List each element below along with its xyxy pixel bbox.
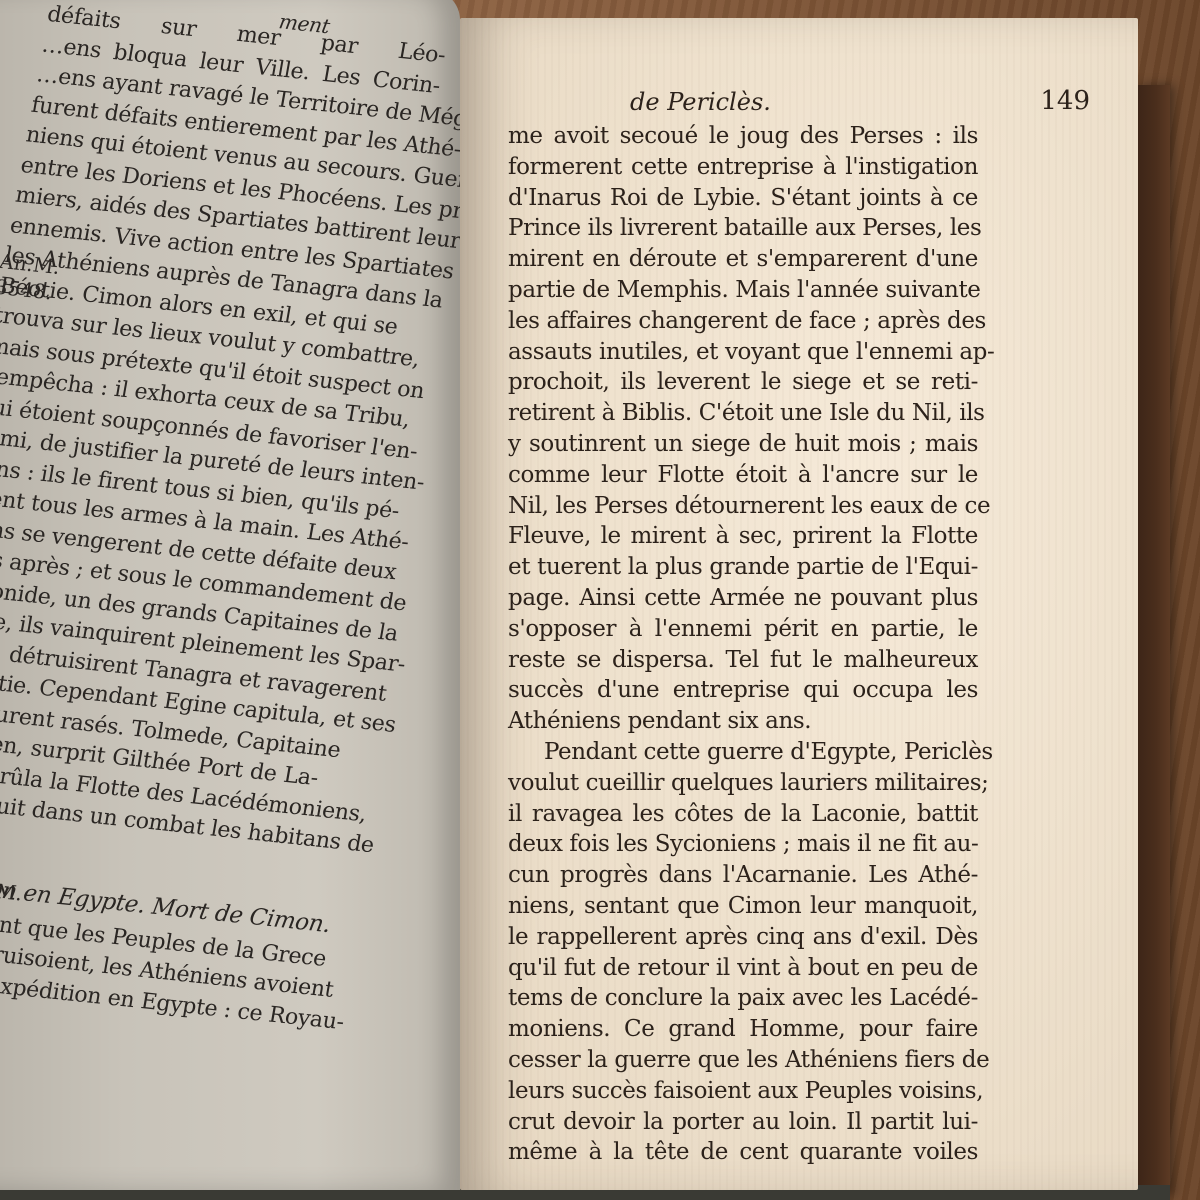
text-line: comme leur Flotte étoit à l'ancre sur le bbox=[508, 460, 978, 491]
text-line: cun progrès dans l'Acarnanie. Les Athé- bbox=[508, 860, 978, 891]
text-line: partie de Memphis. Mais l'année suivante bbox=[508, 275, 978, 306]
text-line: moniens. Ce grand Homme, pour faire bbox=[508, 1014, 978, 1045]
text-line: assauts inutiles, et voyant que l'ennemi… bbox=[508, 337, 978, 368]
text-line: y soutinrent un siege de huit mois ; mai… bbox=[508, 429, 978, 460]
book-cover-edge bbox=[1135, 85, 1170, 1195]
text-line: cesser la guerre que les Athéniens fiers… bbox=[508, 1045, 978, 1076]
page-number: 149 bbox=[1040, 86, 1090, 116]
text-line: succès d'une entreprise qui occupa les bbox=[508, 675, 978, 706]
left-page: An.M. 3548. M. ment défaits sur mer par … bbox=[0, 0, 460, 1190]
book-photo: An.M. 3548. M. ment défaits sur mer par … bbox=[0, 0, 1200, 1200]
text-line: même à la tête de cent quarante voiles bbox=[508, 1137, 978, 1168]
text-line: tems de conclure la paix avec les Lacédé… bbox=[508, 983, 978, 1014]
text-line: Athéniens pendant six ans. bbox=[508, 706, 978, 737]
text-line: Prince ils livrerent bataille aux Perses… bbox=[508, 213, 978, 244]
left-page-text: ment défaits sur mer par Léo- …ens bloqu… bbox=[0, 0, 448, 1031]
text-line: il ravagea les côtes de la Laconie, batt… bbox=[508, 799, 978, 830]
text-line: crut devoir la porter au loin. Il partit… bbox=[508, 1107, 978, 1138]
text-line: qu'il fut de retour il vint à bout en pe… bbox=[508, 953, 978, 984]
text-line: s'opposer à l'ennemi périt en partie, le bbox=[508, 614, 978, 645]
text-line: reste se dispersa. Tel fut le malheureux bbox=[508, 645, 978, 676]
text-line: deux fois les Sycioniens ; mais il ne fi… bbox=[508, 829, 978, 860]
text-line: niens, sentant que Cimon leur manquoit, bbox=[508, 891, 978, 922]
text-line: les affaires changerent de face ; après … bbox=[508, 306, 978, 337]
text-line: d'Inarus Roi de Lybie. S'étant joints à … bbox=[508, 183, 978, 214]
text-line: formerent cette entreprise à l'instigati… bbox=[508, 152, 978, 183]
text-line: Fleuve, le mirent à sec, prirent la Flot… bbox=[508, 521, 978, 552]
text-line: leurs succès faisoient aux Peuples voisi… bbox=[508, 1076, 978, 1107]
text-line: page. Ainsi cette Armée ne pouvant plus bbox=[508, 583, 978, 614]
text-line: mirent en déroute et s'emparerent d'une bbox=[508, 244, 978, 275]
text-line: me avoit secoué le joug des Perses : ils bbox=[508, 121, 978, 152]
text-line: et tuerent la plus grande partie de l'Eq… bbox=[508, 552, 978, 583]
text-line: prochoit, ils leverent le siege et se re… bbox=[508, 367, 978, 398]
text-line: le rappellerent après cinq ans d'exil. D… bbox=[508, 922, 978, 953]
text-line: Pendant cette guerre d'Egypte, Periclès bbox=[508, 737, 978, 768]
right-page-text: me avoit secoué le joug des Perses : ils… bbox=[508, 121, 978, 1168]
text-line: Nil, les Perses détournerent les eaux de… bbox=[508, 491, 978, 522]
right-page: de Periclès. 149 me avoit secoué le joug… bbox=[460, 18, 1138, 1190]
running-title: de Periclès. bbox=[630, 88, 771, 116]
text-line: voulut cueillir quelques lauriers milita… bbox=[508, 768, 978, 799]
left-running-header: ment bbox=[277, 6, 333, 41]
text-line: retirent à Biblis. C'étoit une Isle du N… bbox=[508, 398, 978, 429]
